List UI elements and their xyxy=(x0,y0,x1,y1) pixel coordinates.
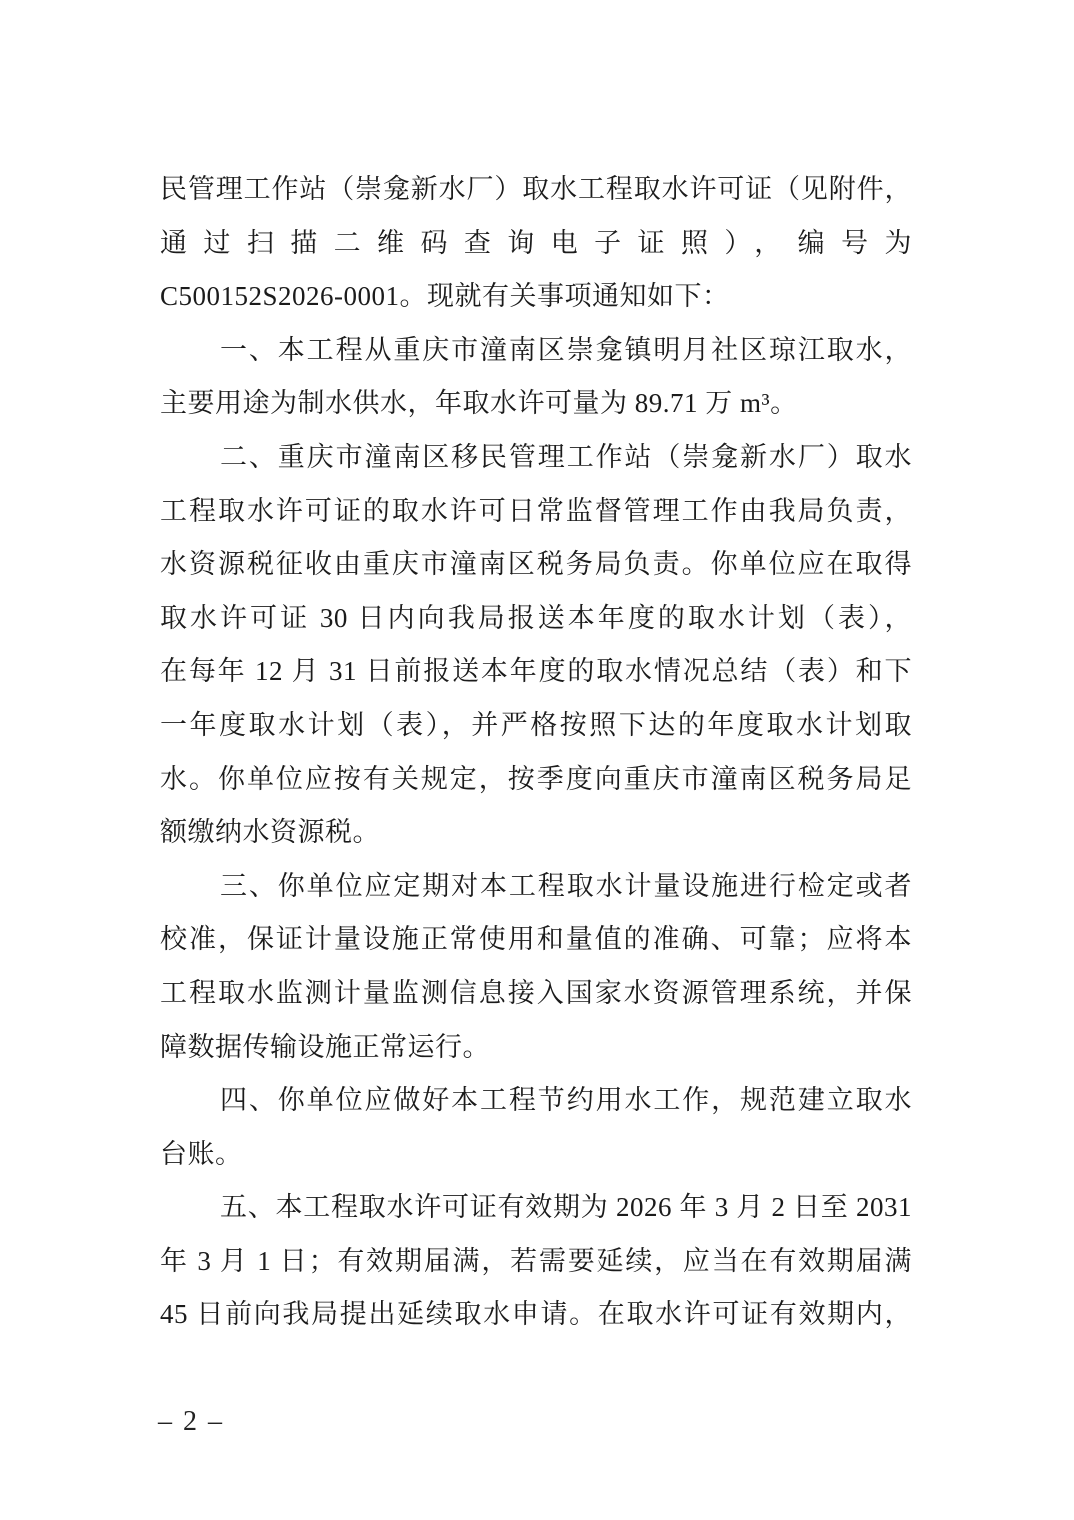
document-line: 一、本工程从重庆市潼南区崇龛镇明月社区琼江取水， xyxy=(160,324,912,378)
document-line: 障数据传输设施正常运行。 xyxy=(160,1021,912,1075)
page-number: – 2 – xyxy=(158,1406,224,1437)
document-line: 二、重庆市潼南区移民管理工作站（崇龛新水厂）取水 xyxy=(160,431,912,485)
document-line: 一年度取水计划（表），并严格按照下达的年度取水计划取 xyxy=(160,699,912,753)
document-line: C500152S2026-0001。现就有关事项通知如下： xyxy=(160,270,912,324)
page-footer: – 2 – xyxy=(158,1406,224,1438)
document-line: 工程取水监测计量监测信息接入国家水资源管理系统，并保 xyxy=(160,967,912,1021)
document-line: 民管理工作站（崇龛新水厂）取水工程取水许可证（见附件， xyxy=(160,163,912,217)
document-line: 工程取水许可证的取水许可日常监督管理工作由我局负责， xyxy=(160,485,912,539)
document-line: 水资源税征收由重庆市潼南区税务局负责。你单位应在取得 xyxy=(160,538,912,592)
document-line: 通过扫描二维码查询电子证照），编号为 xyxy=(160,217,912,271)
document-line: 主要用途为制水供水，年取水许可量为 89.71 万 m³。 xyxy=(160,377,912,431)
document-line: 台账。 xyxy=(160,1128,912,1182)
document-line: 水。你单位应按有关规定，按季度向重庆市潼南区税务局足 xyxy=(160,753,912,807)
document-line: 取水许可证 30 日内向我局报送本年度的取水计划（表）， xyxy=(160,592,912,646)
document-text-block: 民管理工作站（崇龛新水厂）取水工程取水许可证（见附件， 通过扫描二维码查询电子证… xyxy=(160,163,912,1342)
document-line: 额缴纳水资源税。 xyxy=(160,806,912,860)
document-line: 三、你单位应定期对本工程取水计量设施进行检定或者 xyxy=(160,860,912,914)
document-line: 校准，保证计量设施正常使用和量值的准确、可靠；应将本 xyxy=(160,913,912,967)
document-line: 年 3 月 1 日；有效期届满，若需要延续，应当在有效期届满 xyxy=(160,1235,912,1289)
document-line: 在每年 12 月 31 日前报送本年度的取水情况总结（表）和下 xyxy=(160,645,912,699)
document-line: 45 日前向我局提出延续取水申请。在取水许可证有效期内， xyxy=(160,1288,912,1342)
document-line: 五、本工程取水许可证有效期为 2026 年 3 月 2 日至 2031 xyxy=(160,1181,912,1235)
document-line: 四、你单位应做好本工程节约用水工作，规范建立取水 xyxy=(160,1074,912,1128)
document-page: 民管理工作站（崇龛新水厂）取水工程取水许可证（见附件， 通过扫描二维码查询电子证… xyxy=(0,0,1074,1520)
